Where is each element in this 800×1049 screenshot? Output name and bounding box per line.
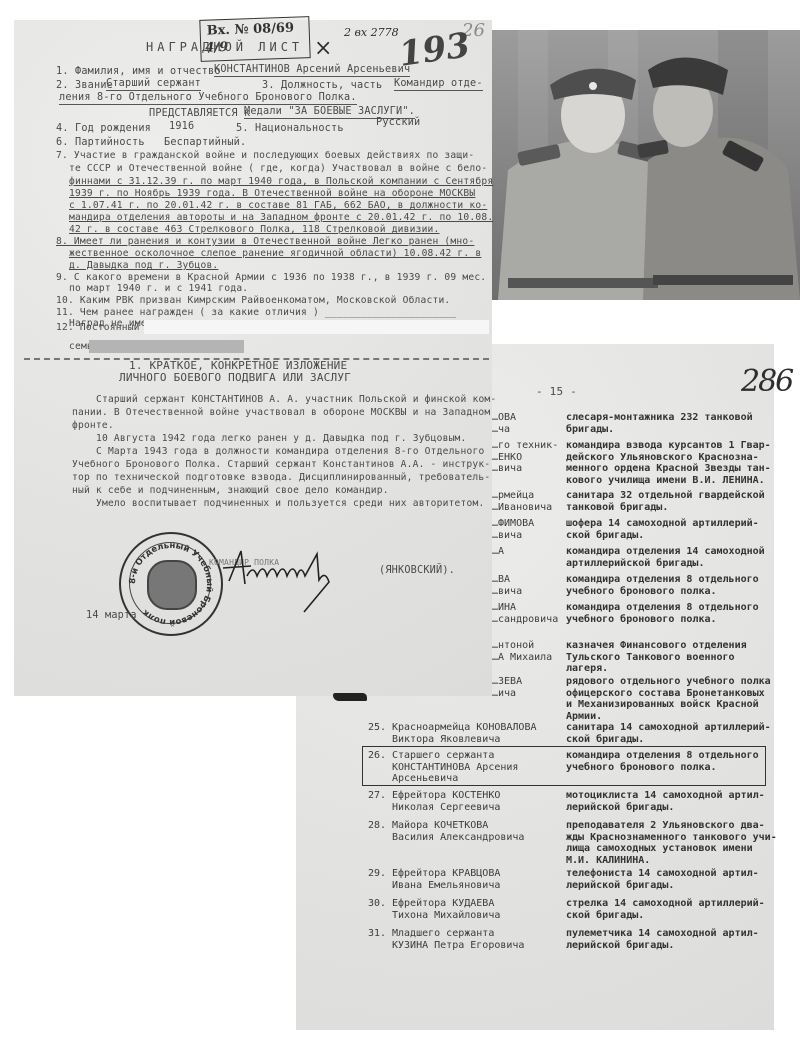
row-number: 29. [368, 868, 386, 880]
partial-row-name: …Ивановича [492, 502, 552, 514]
partial-row-name: …вича [492, 530, 522, 542]
partial-row-desc: танковой бригады. [566, 502, 668, 514]
row-desc: преподавателя 2 Ульяновского два- [566, 820, 765, 832]
partial-row-desc: казначея Финансового отделения [566, 640, 747, 652]
narrative-line: С Марта 1943 года в должности командира … [96, 446, 484, 458]
field-4-value: 1916 [169, 121, 194, 133]
partial-row-desc: кового училища имени В.И. ЛЕНИНА. [566, 475, 765, 487]
partial-row-desc: учебного бронового полка. [566, 586, 717, 598]
row-number: 25. [368, 722, 386, 734]
partial-row-name: …ича [492, 688, 516, 700]
partial-row-name: …го техник- [492, 440, 558, 452]
partial-row-name: …ЕНКО [492, 452, 522, 464]
row-desc: стрелка 14 самоходной артиллерий- [566, 898, 765, 910]
field-text-line: жественное осколочное слепое ранение яго… [69, 248, 481, 260]
signature [219, 546, 379, 620]
handwritten-incoming-number: 2 вх 2778 [344, 26, 399, 39]
partial-row-desc: офицерского состава Бронетанковых [566, 688, 765, 700]
field-text-line: 42 г. в составе 463 Стрелкового Полка, 1… [69, 224, 440, 236]
partial-row-desc: командира отделения 14 самоходной [566, 546, 765, 558]
field-text-line: 1939 г. по Ноябрь 1939 года. В Отечестве… [69, 188, 475, 200]
partial-row-name: …сандровича [492, 614, 558, 626]
row-desc: телефониста 14 самоходной артил- [566, 868, 759, 880]
partial-row-name: …ча [492, 424, 510, 436]
row-number: 28. [368, 820, 386, 832]
narrative-line: тор по технической подготовке взвода. Ди… [72, 472, 490, 484]
field-5-value: Русский [376, 117, 420, 129]
row-name: КУЗИНА Петра Егоровича [392, 940, 524, 952]
narrative-line: 10 Августа 1942 года легко ранен у д. Да… [96, 433, 467, 445]
narrative-line: Старший сержант КОНСТАНТИНОВ А. А. участ… [96, 394, 496, 406]
field-4-label: 4. Год рождения [56, 123, 151, 135]
partial-row-desc: лагеря. [566, 663, 608, 675]
field-text-line: финнами с 31.12.39 г. по март 1940 года,… [69, 176, 493, 188]
partial-row-name: …вича [492, 586, 522, 598]
partial-row-desc: артиллерийской бригады. [566, 558, 704, 570]
partial-row-desc: санитара 32 отдельной гвардейской [566, 490, 765, 502]
row-name: Старшего сержанта [392, 750, 494, 762]
row-name: Арсеньевича [392, 773, 458, 785]
row-name: Красноармейца КОНОВАЛОВА [392, 722, 537, 734]
soldiers-figure-icon [488, 30, 800, 300]
row-name: Виктора Яковлевича [392, 734, 500, 746]
registration-stamp: Вх. № 08/69 4/9 [199, 16, 310, 62]
award-sheet-document: Вх. № 08/69 4/9 НАГРАДНОЙ ЛИСТ × 2 вх 27… [14, 20, 492, 696]
partial-row-name: …А Михаила [492, 652, 552, 664]
partial-row-desc: командира взвода курсантов 1 Гвар- [566, 440, 771, 452]
partial-row-desc: шофера 14 самоходной артиллерий- [566, 518, 759, 530]
row-name: Тихона Михайловича [392, 910, 500, 922]
handwritten-number: 286 [741, 364, 792, 399]
field-6-label: 6. Партийность [56, 137, 145, 149]
row-desc: пулеметчика 14 самоходной артил- [566, 928, 759, 940]
row-name: Младшего сержанта [392, 928, 494, 940]
row-number: 31. [368, 928, 386, 940]
partial-row-desc: командира отделения 8 отдельного [566, 602, 759, 614]
row-number: 30. [368, 898, 386, 910]
field-text-line: по март 1940 г. и с 1941 года. [69, 283, 248, 295]
field-text-line: 10. Каким РВК призван Кимрским Райвоенко… [56, 295, 450, 307]
partial-row-desc: менного ордена Красной Звезды тан- [566, 463, 771, 475]
row-desc: санитара 14 самоходной артиллерий- [566, 722, 771, 734]
page-number: - 15 - [536, 386, 577, 398]
field-text-line: д. Давыдка под г. Зубцов. [69, 260, 218, 272]
row-desc: лерийской бригады. [566, 802, 674, 814]
row-name: Ивана Емельяновича [392, 880, 500, 892]
row-name: Майора КОЧЕТКОВА [392, 820, 488, 832]
row-name: КОНСТАНТИНОВА Арсения [392, 762, 518, 774]
field-3-value: Командир отде- [394, 78, 483, 91]
narrative-line: Умело воспитывает подчиненных и пользует… [96, 498, 484, 510]
row-desc: учебного бронового полка. [566, 762, 717, 774]
partial-row-desc: слесаря-монтажника 232 танковой [566, 412, 753, 424]
narrative-line: Учебного Бронового Полка. Старший сержан… [72, 459, 490, 471]
ink-blot [333, 693, 367, 701]
section-subtitle: ЛИЧНОГО БОЕВОГО ПОДВИГА ИЛИ ЗАСЛУГ [119, 372, 351, 384]
partial-row-name: …ИНА [492, 602, 516, 614]
partial-row-desc: и Механизированных войск Красной [566, 699, 759, 711]
address-blank [144, 320, 489, 334]
soldiers-photo [488, 30, 800, 300]
row-name: Николая Сергеевича [392, 802, 500, 814]
partial-row-name: …рмейца [492, 490, 534, 502]
partial-row-name: …А [492, 546, 504, 558]
field-text-line: 8. Имеет ли ранения и контузии в Отечест… [56, 236, 474, 248]
narrative-line: фронте. [72, 420, 114, 432]
row-desc: лерийской бригады. [566, 880, 674, 892]
partial-row-name: …ЗЕВА [492, 676, 522, 688]
field-2-value: Старший сержант [106, 78, 201, 91]
field-text-line: с 1.07.41 г. по 20.01.42 г. в составе 81… [69, 200, 487, 212]
row-name: Василия Александровича [392, 832, 524, 844]
partial-row-name: …ФИМОВА [492, 518, 534, 530]
partial-row-name: …ОВА [492, 412, 516, 424]
row-name: Ефрейтора КУДАЕВА [392, 898, 494, 910]
field-text-line: мандира отделения автороты и на Западном… [69, 212, 493, 224]
row-desc: жды Краснознаменного танкового учи- [566, 832, 777, 844]
partial-row-desc: командира отделения 8 отдельного [566, 574, 759, 586]
signature-name: (ЯНКОВСКИЙ). [379, 565, 455, 577]
field-text-line: 7. Участие в гражданской войне и последу… [56, 150, 474, 162]
redacted-address [89, 340, 244, 353]
partial-row-desc: бригады. [566, 424, 614, 436]
row-desc: ской бригады. [566, 734, 644, 746]
partial-row-name: …вича [492, 463, 522, 475]
partial-row-desc: дейского Ульяновского Краснозна- [566, 452, 759, 464]
row-desc: мотоциклиста 14 самоходной артил- [566, 790, 765, 802]
row-name: Ефрейтора КОСТЕНКО [392, 790, 500, 802]
narrative-line: пании. В Отечественной войне участвовал … [72, 407, 490, 419]
row-desc: М.И. КАЛИНИНА. [566, 855, 650, 867]
row-desc: командира отделения 8 отдельного [566, 750, 759, 762]
narrative-line: ный к себе и подчиненным, знающий свое д… [72, 485, 389, 497]
partial-row-name: …нтоной [492, 640, 534, 652]
partial-row-desc: Армии. [566, 711, 602, 723]
field-2-label: 2. Звание [56, 80, 113, 92]
field-3-label: 3. Должность, часть [262, 80, 382, 92]
seal-text: 8-й Отдельный Учебный Броневой полк [128, 541, 214, 627]
field-6-value: Беспартийный. [164, 137, 246, 149]
partial-row-desc: ской бригады. [566, 530, 644, 542]
stamp-line-1: Вх. № 08/69 [206, 21, 294, 39]
partial-row-desc: учебного бронового полка. [566, 614, 717, 626]
row-desc: лерийской бригады. [566, 940, 674, 952]
field-3-value-cont: ления 8-го Отдельного Учебного Бронового… [59, 92, 357, 105]
presented-label: ПРЕДСТАВЛЯЕТСЯ к [149, 108, 250, 120]
row-name: Ефрейтора КРАВЦОВА [392, 868, 500, 880]
field-text-line: те СССР и Отечественной войне ( где, ког… [69, 163, 487, 175]
document-date: 14 марта [86, 610, 137, 622]
handwritten-mark-x: × [314, 36, 332, 61]
partial-row-desc: Тульского Танкового военного [566, 652, 735, 664]
svg-text:8-й Отдельный Учебный Броневой: 8-й Отдельный Учебный Броневой полк [128, 541, 214, 627]
partial-row-desc: рядового отдельного учебного полка [566, 676, 771, 688]
row-number: 27. [368, 790, 386, 802]
row-desc: ской бригады. [566, 910, 644, 922]
document-title: НАГРАДНОЙ ЛИСТ [146, 41, 303, 53]
partial-row-name: …ВА [492, 574, 510, 586]
row-desc: лища самоходных установок имени [566, 843, 753, 855]
field-1-label: 1. Фамилия, имя и отчество [56, 66, 221, 78]
field-1-value: КОНСТАНТИНОВ Арсений Арсеньевич [214, 64, 410, 77]
field-5-label: 5. Национальность [236, 123, 344, 135]
row-number: 26. [368, 750, 386, 762]
